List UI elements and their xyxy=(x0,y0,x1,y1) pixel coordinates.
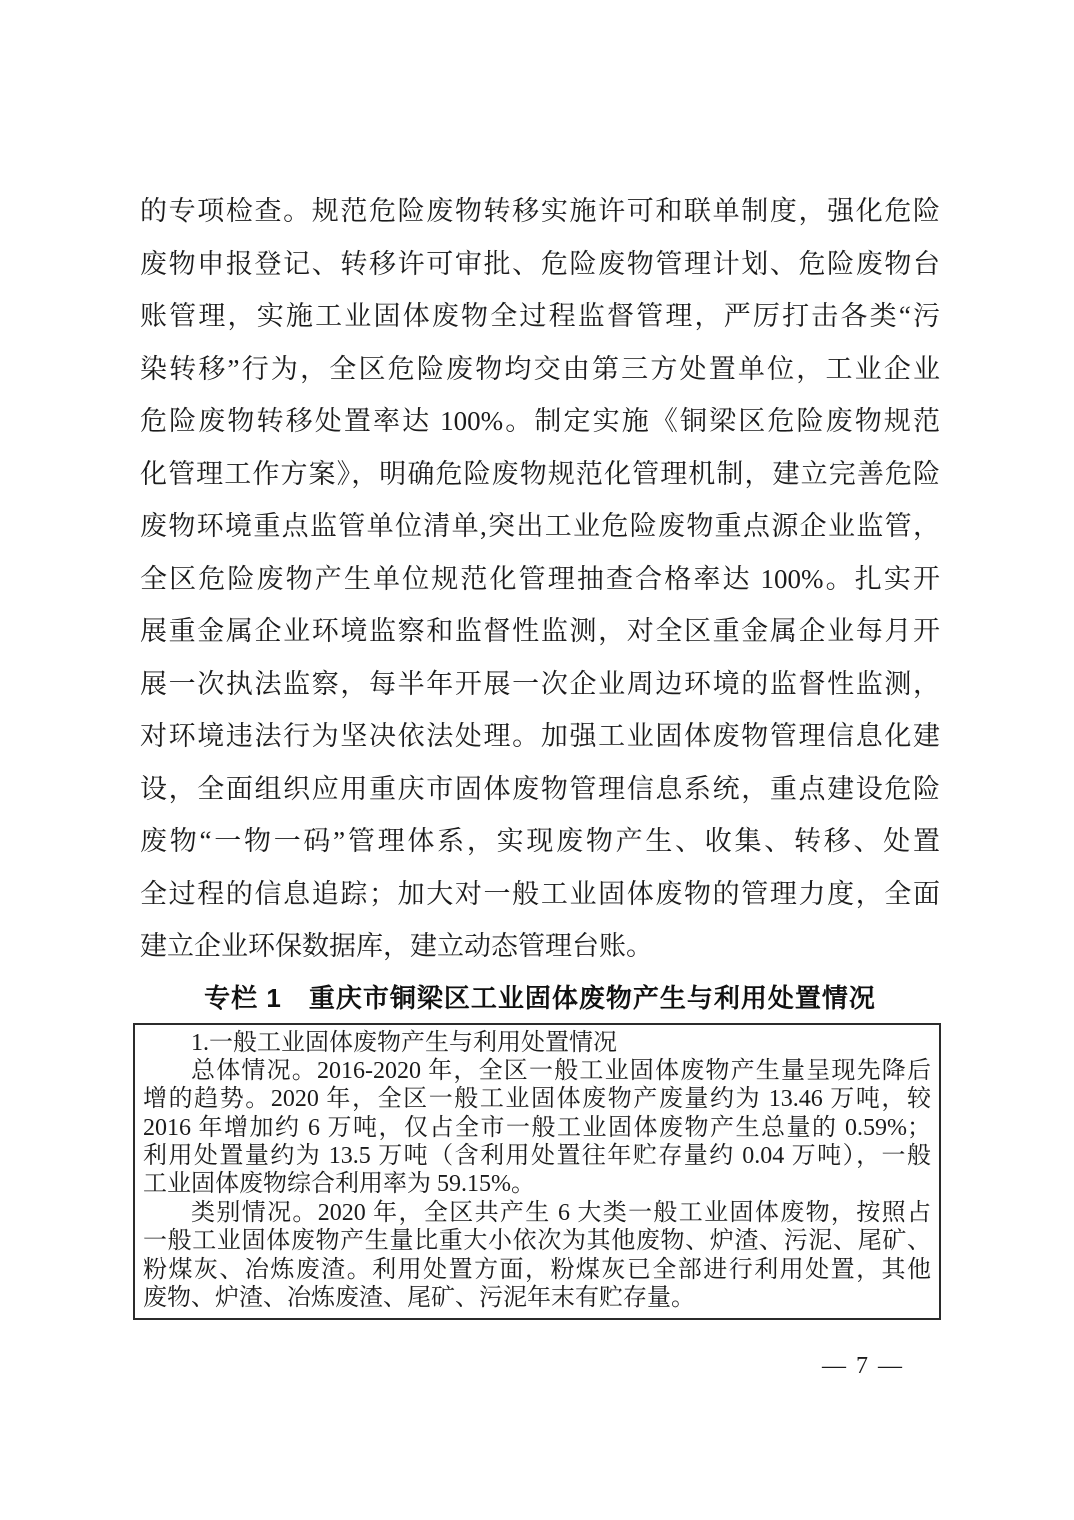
body-line: 对环境违法行为坚决依法处理。加强工业固体废物管理信息化建 xyxy=(140,710,940,763)
panel-line: 工业固体废物综合利用率为 59.15%。 xyxy=(143,1170,931,1198)
body-line: 危险废物转移处置率达 100%。制定实施《铜梁区危险废物规范 xyxy=(140,395,940,448)
body-line: 建立企业环保数据库，建立动态管理台账。 xyxy=(140,920,940,973)
body-line: 账管理，实施工业固体废物全过程监督管理，严厉打击各类“污 xyxy=(140,290,940,343)
body-line: 全过程的信息追踪；加大对一般工业固体废物的管理力度，全面 xyxy=(140,868,940,921)
panel-line: 总体情况。2016-2020 年，全区一般工业固体废物产生量呈现先降后 xyxy=(143,1057,931,1085)
body-line: 废物申报登记、转移许可审批、危险废物管理计划、危险废物台 xyxy=(140,238,940,291)
body-paragraph: 的专项检查。规范危险废物转移实施许可和联单制度，强化危险 废物申报登记、转移许可… xyxy=(140,185,940,973)
page-footer: — 7 — xyxy=(140,1351,940,1381)
body-line: 设，全面组织应用重庆市固体废物管理信息系统，重点建设危险 xyxy=(140,763,940,816)
body-line: 展一次执法监察，每半年开展一次企业周边环境的监督性监测， xyxy=(140,658,940,711)
panel-title: 专栏 1 重庆市铜梁区工业固体废物产生与利用处置情况 xyxy=(140,976,940,1020)
document-page: 的专项检查。规范危险废物转移实施许可和联单制度，强化危险 废物申报登记、转移许可… xyxy=(0,0,1074,1520)
panel-line: 利用处置量约为 13.5 万吨（含利用处置往年贮存量约 0.04 万吨），一般 xyxy=(143,1142,931,1170)
body-line: 废物“一物一码”管理体系，实现废物产生、收集、转移、处置 xyxy=(140,815,940,868)
panel-line: 一般工业固体废物产生量比重大小依次为其他废物、炉渣、污泥、尾矿、 xyxy=(143,1227,931,1255)
body-line: 的专项检查。规范危险废物转移实施许可和联单制度，强化危险 xyxy=(140,185,940,238)
panel-line: 2016 年增加约 6 万吨，仅占全市一般工业固体废物产生总量的 0.59%； xyxy=(143,1114,931,1142)
panel-box: 1.一般工业固体废物产生与利用处置情况 总体情况。2016-2020 年，全区一… xyxy=(133,1023,941,1321)
body-line: 全区危险废物产生单位规范化管理抽查合格率达 100%。扎实开 xyxy=(140,553,940,606)
body-line: 展重金属企业环境监察和监督性监测，对全区重金属企业每月开 xyxy=(140,605,940,658)
panel-line: 类别情况。2020 年，全区共产生 6 大类一般工业固体废物，按照占 xyxy=(143,1199,931,1227)
page-content: 的专项检查。规范危险废物转移实施许可和联单制度，强化危险 废物申报登记、转移许可… xyxy=(140,185,940,1381)
panel-line: 增的趋势。2020 年，全区一般工业固体废物产废量约为 13.46 万吨，较 xyxy=(143,1085,931,1113)
panel-line: 废物、炉渣、冶炼废渣、尾矿、污泥年末有贮存量。 xyxy=(143,1284,931,1312)
body-line: 染转移”行为，全区危险废物均交由第三方处置单位，工业企业 xyxy=(140,343,940,396)
page-number: — 7 — xyxy=(822,1353,904,1379)
body-line: 化管理工作方案》，明确危险废物规范化管理机制，建立完善危险 xyxy=(140,448,940,501)
panel-line: 粉煤灰、冶炼废渣。利用处置方面，粉煤灰已全部进行利用处置，其他 xyxy=(143,1256,931,1284)
panel-line: 1.一般工业固体废物产生与利用处置情况 xyxy=(143,1029,931,1057)
body-line: 废物环境重点监管单位清单,突出工业危险废物重点源企业监管， xyxy=(140,500,940,553)
